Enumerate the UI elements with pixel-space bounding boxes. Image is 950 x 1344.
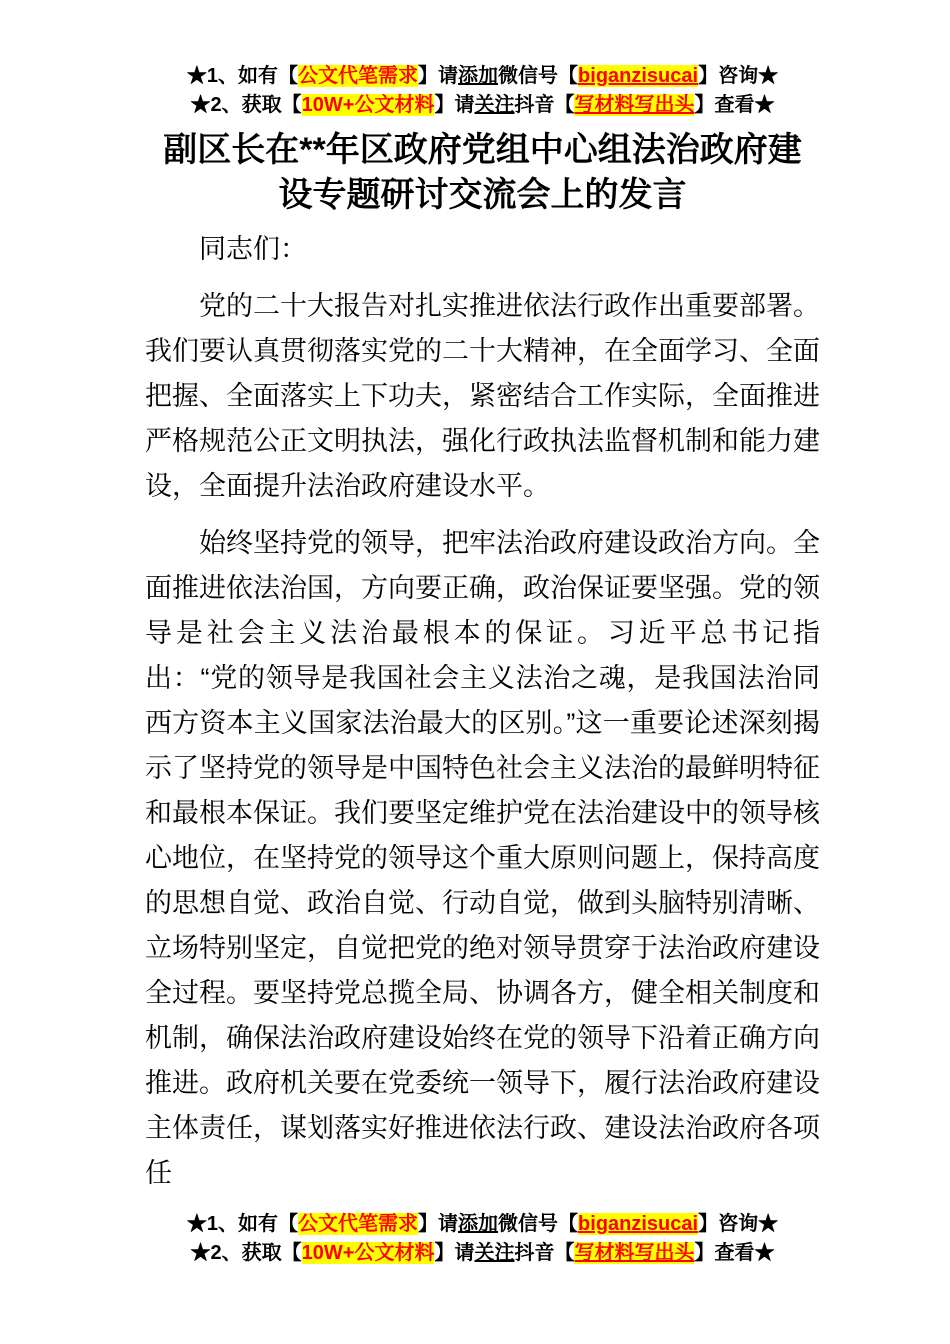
promo-segment: 】查看★ xyxy=(694,1242,774,1264)
promo-segment: ★2、获取【 xyxy=(191,1242,302,1264)
promo-segment: 写材料写出头 xyxy=(574,94,694,116)
promo-segment: 公文代笔需求 xyxy=(298,1213,418,1235)
promo-segment: 微信号【 xyxy=(498,65,578,87)
promo-segment: ★1、如有【 xyxy=(187,65,298,87)
promo-header-line-1: ★1、如有【公文代笔需求】请添加微信号【biganzisucai】咨询★ xyxy=(145,62,820,91)
promo-segment: biganzisucai xyxy=(578,1213,698,1235)
promo-segment: 】请 xyxy=(434,1242,474,1264)
promo-segment: 】咨询★ xyxy=(698,1213,778,1235)
document-title: 副区长在**年区政府党组中心组法治政府建 设专题研讨交流会上的发言 xyxy=(145,128,820,218)
promo-segment: 添加 xyxy=(458,1213,498,1235)
promo-segment: biganzisucai xyxy=(578,65,698,87)
promo-segment: 10W+公文材料 xyxy=(302,1242,435,1264)
promo-footer: ★1、如有【公文代笔需求】请添加微信号【biganzisucai】咨询★ ★2、… xyxy=(145,1210,820,1344)
paragraph-1: 党的二十大报告对扎实推进依法行政作出重要部署。我们要认真贯彻落实党的二十大精神，… xyxy=(145,284,820,509)
paragraph-salutation: 同志们： xyxy=(145,227,820,272)
title-line-2: 设专题研讨交流会上的发言 xyxy=(145,173,820,218)
promo-segment: 】查看★ xyxy=(694,94,774,116)
promo-segment: 关注 xyxy=(474,94,514,116)
promo-segment: 抖音【 xyxy=(514,1242,574,1264)
promo-segment: 关注 xyxy=(474,1242,514,1264)
promo-segment: 抖音【 xyxy=(514,94,574,116)
promo-segment: 添加 xyxy=(458,65,498,87)
promo-segment: 】请 xyxy=(434,94,474,116)
promo-segment: ★1、如有【 xyxy=(187,1213,298,1235)
promo-segment: 写材料写出头 xyxy=(574,1242,694,1264)
promo-footer-line-1: ★1、如有【公文代笔需求】请添加微信号【biganzisucai】咨询★ xyxy=(145,1210,820,1239)
promo-segment: 微信号【 xyxy=(498,1213,578,1235)
promo-segment: 】请 xyxy=(418,1213,458,1235)
promo-header-line-2: ★2、获取【10W+公文材料】请关注抖音【写材料写出头】查看★ xyxy=(145,91,820,120)
promo-header: ★1、如有【公文代笔需求】请添加微信号【biganzisucai】咨询★ ★2、… xyxy=(145,62,820,120)
promo-segment: 】咨询★ xyxy=(698,65,778,87)
document-body: 同志们： 党的二十大报告对扎实推进依法行政作出重要部署。我们要认真贯彻落实党的二… xyxy=(145,227,820,1208)
promo-segment: 10W+公文材料 xyxy=(302,94,435,116)
paragraph-2: 始终坚持党的领导，把牢法治政府建设政治方向。全面推进依法治国，方向要正确，政治保… xyxy=(145,521,820,1196)
promo-segment: 公文代笔需求 xyxy=(298,65,418,87)
promo-footer-line-2: ★2、获取【10W+公文材料】请关注抖音【写材料写出头】查看★ xyxy=(145,1239,820,1268)
promo-segment: ★2、获取【 xyxy=(191,94,302,116)
promo-segment: 】请 xyxy=(418,65,458,87)
title-line-1: 副区长在**年区政府党组中心组法治政府建 xyxy=(145,128,820,173)
document-page: ★1、如有【公文代笔需求】请添加微信号【biganzisucai】咨询★ ★2、… xyxy=(0,0,950,1344)
